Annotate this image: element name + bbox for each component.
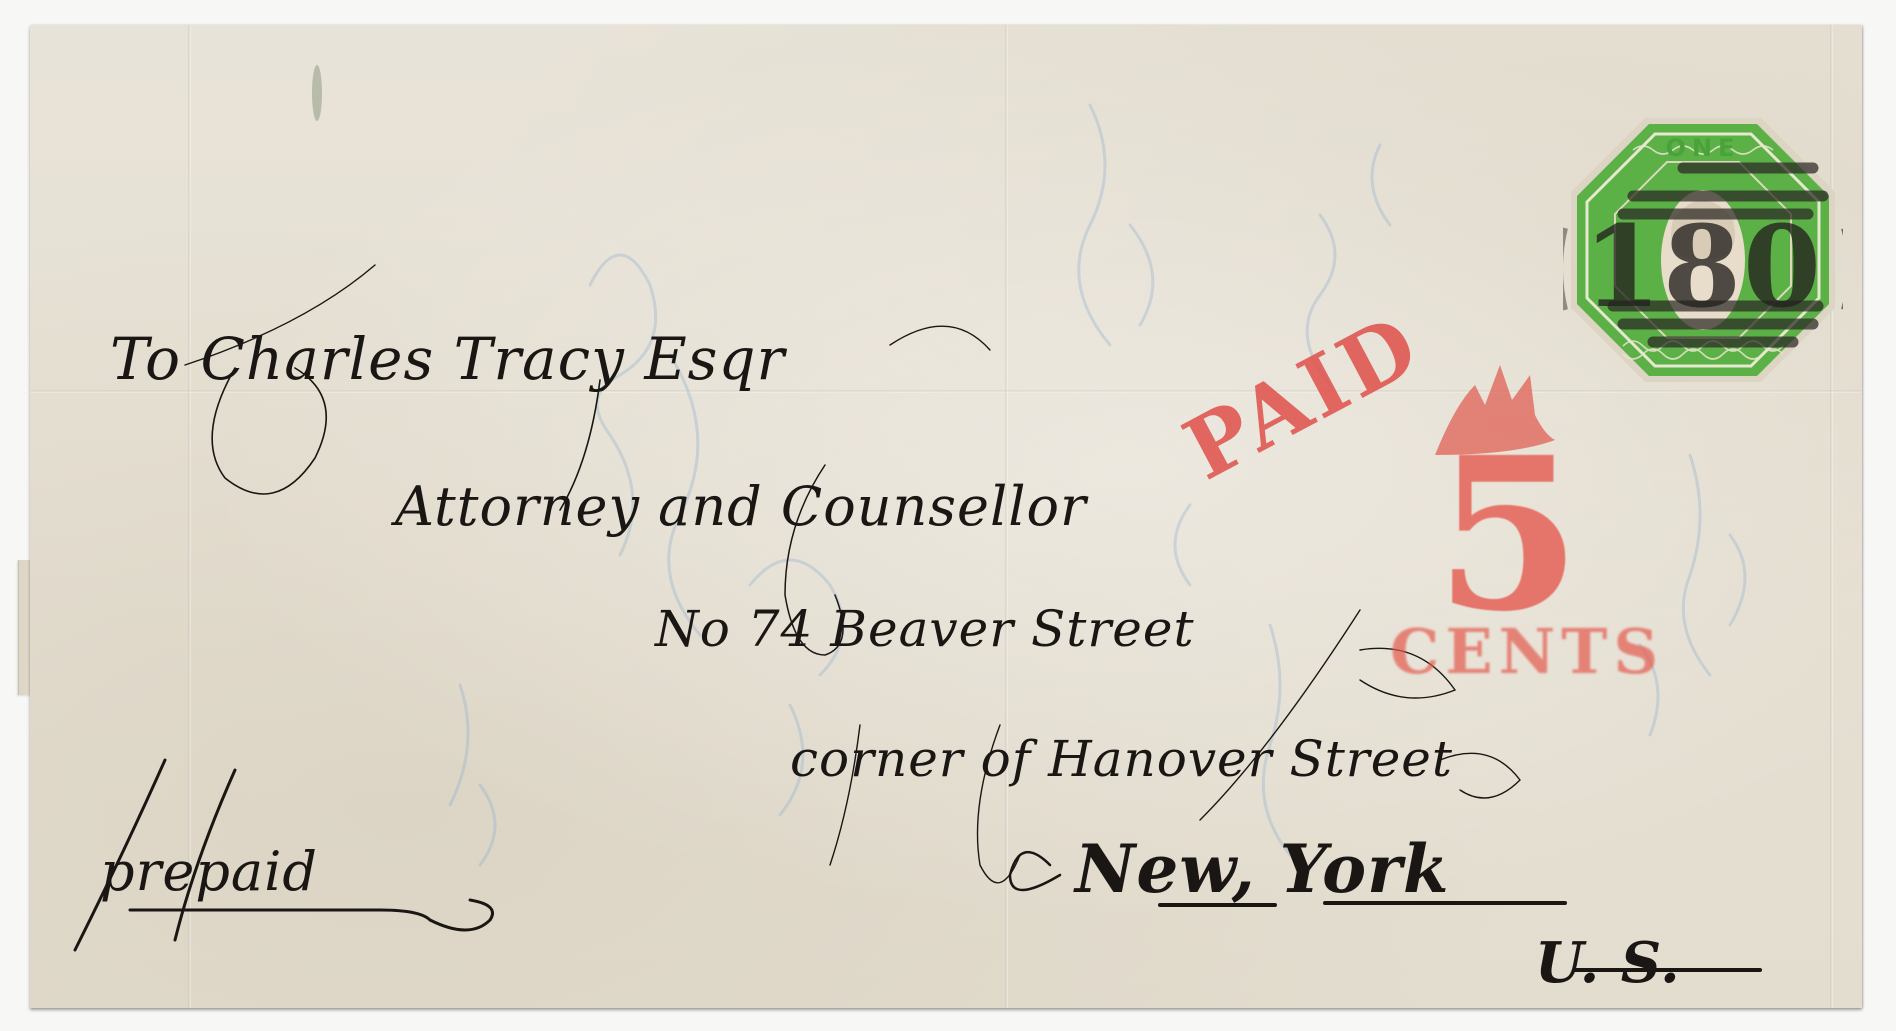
letter-cover: To Charles Tracy Esqr Attorney and Couns… <box>30 25 1862 1008</box>
address-line-corner: corner of Hanover Street <box>790 730 1453 788</box>
rate-handstamp-5: 5 <box>1435 430 1581 640</box>
scan-canvas: To Charles Tracy Esqr Attorney and Couns… <box>0 0 1896 1031</box>
address-line-city: New, York <box>1075 830 1450 908</box>
address-line-title: Attorney and Counsellor <box>395 475 1087 538</box>
prepaid-endorsement: prepaid <box>100 840 318 903</box>
address-line-street: No 74 Beaver Street <box>655 600 1195 658</box>
address-line-country: U. S. <box>1535 930 1681 996</box>
embossed-stamp: ONE 180 <box>1563 110 1843 390</box>
cents-handstamp: CENTS <box>1390 615 1664 688</box>
address-line-name: To Charles Tracy Esqr <box>110 325 785 393</box>
stamp-value-text: ONE <box>1563 134 1843 162</box>
numeral-cancel: 180 <box>1563 212 1843 324</box>
